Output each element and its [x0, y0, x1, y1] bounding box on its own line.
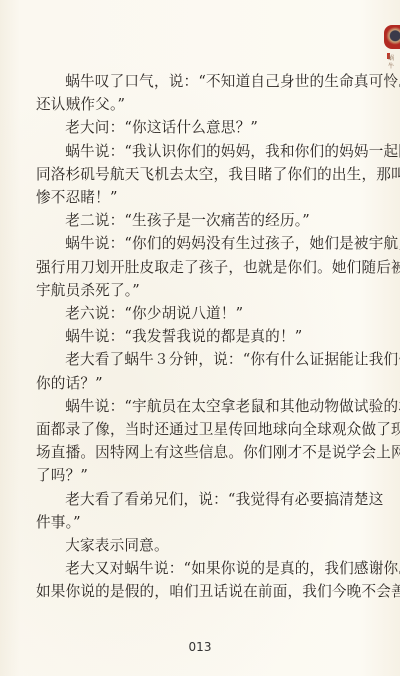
paragraph: 大家表示同意。 [36, 534, 370, 557]
text-line: 老大又对蜗牛说：“如果你说的是真的，我们感谢你。 [36, 557, 370, 580]
text-line: 件事。” [7, 511, 370, 534]
paragraph: 老大看了蜗牛３分钟，说：“你有什么证据能让我们信 你的话？” [36, 348, 370, 394]
paragraph: 老大又对蜗牛说：“如果你说的是真的，我们感谢你。 如果你说的是假的，咱们丑话说在… [36, 557, 370, 603]
paragraph: 蜗牛说：“我发誓我说的都是真的！” [36, 325, 370, 348]
text-line: 老大问：“你这话什么意思？” [36, 116, 370, 139]
paragraph: 老大问：“你这话什么意思？” [36, 116, 370, 139]
text-line: 如果你说的是假的，咱们丑话说在前面，我们今晚不会善 [7, 580, 370, 603]
paragraph: 蜗牛说：“宇航员在太空拿老鼠和其他动物做试验的场 面都录了像，当时还通过卫星传回… [36, 395, 370, 488]
text-line: 蜗牛说：“宇航员在太空拿老鼠和其他动物做试验的场 [36, 395, 370, 418]
text-line: 强行用刀划开肚皮取走了孩子，也就是你们。她们随后被 [7, 256, 370, 279]
paragraph: 蜗牛说：“我认识你们的妈妈，我和你们的妈妈一起随 同洛杉矶号航天飞机去太空，我目… [36, 140, 370, 210]
text-line: 蜗牛叹了口气，说：“不知道自己身世的生命真可怜。 [36, 70, 370, 93]
text-line: 老六说：“你少胡说八道！” [36, 302, 370, 325]
text-line: 老大看了蜗牛３分钟，说：“你有什么证据能让我们信 [36, 348, 370, 371]
text-line: 场直播。因特网上有这些信息。你们刚才不是说学会上网 [7, 441, 370, 464]
text-line: 蜗牛说：“我认识你们的妈妈，我和你们的妈妈一起随 [36, 140, 370, 163]
character-avatar-icon [384, 25, 400, 49]
text-line: 大家表示同意。 [36, 534, 370, 557]
book-page: 蜗牛 蜗牛叹了口气，说：“不知道自己身世的生命真可怜。 还认贼作父。” 老大问：… [0, 0, 400, 676]
text-line: 老大看了看弟兄们，说：“我觉得有必要搞清楚这 [36, 488, 370, 511]
text-line: 同洛杉矶号航天飞机去太空，我目睹了你们的出生，那叫 [7, 163, 370, 186]
side-tab-label: 蜗牛 [388, 55, 396, 71]
text-line: 蜗牛说：“你们的妈妈没有生过孩子，她们是被宇航员 [36, 232, 370, 255]
page-number: 013 [0, 640, 400, 654]
text-line: 面都录了像，当时还通过卫星传回地球向全球观众做了现 [7, 418, 370, 441]
paragraph: 蜗牛叹了口气，说：“不知道自己身世的生命真可怜。 还认贼作父。” [36, 70, 370, 116]
text-line: 还认贼作父。” [7, 93, 370, 116]
paragraph: 老大看了看弟兄们，说：“我觉得有必要搞清楚这 件事。” [36, 488, 370, 534]
paragraph: 老六说：“你少胡说八道！” [36, 302, 370, 325]
text-line: 老二说：“生孩子是一次痛苦的经历。” [36, 209, 370, 232]
paragraph: 蜗牛说：“你们的妈妈没有生过孩子，她们是被宇航员 强行用刀划开肚皮取走了孩子，也… [36, 232, 370, 302]
text-line: 你的话？” [7, 372, 370, 395]
text-line: 了吗？” [7, 464, 370, 487]
text-line: 宇航员杀死了。” [7, 279, 370, 302]
text-line: 蜗牛说：“我发誓我说的都是真的！” [36, 325, 370, 348]
paragraph: 老二说：“生孩子是一次痛苦的经历。” [36, 209, 370, 232]
text-line: 惨不忍睹！” [7, 186, 370, 209]
body-text: 蜗牛叹了口气，说：“不知道自己身世的生命真可怜。 还认贼作父。” 老大问：“你这… [36, 70, 370, 604]
